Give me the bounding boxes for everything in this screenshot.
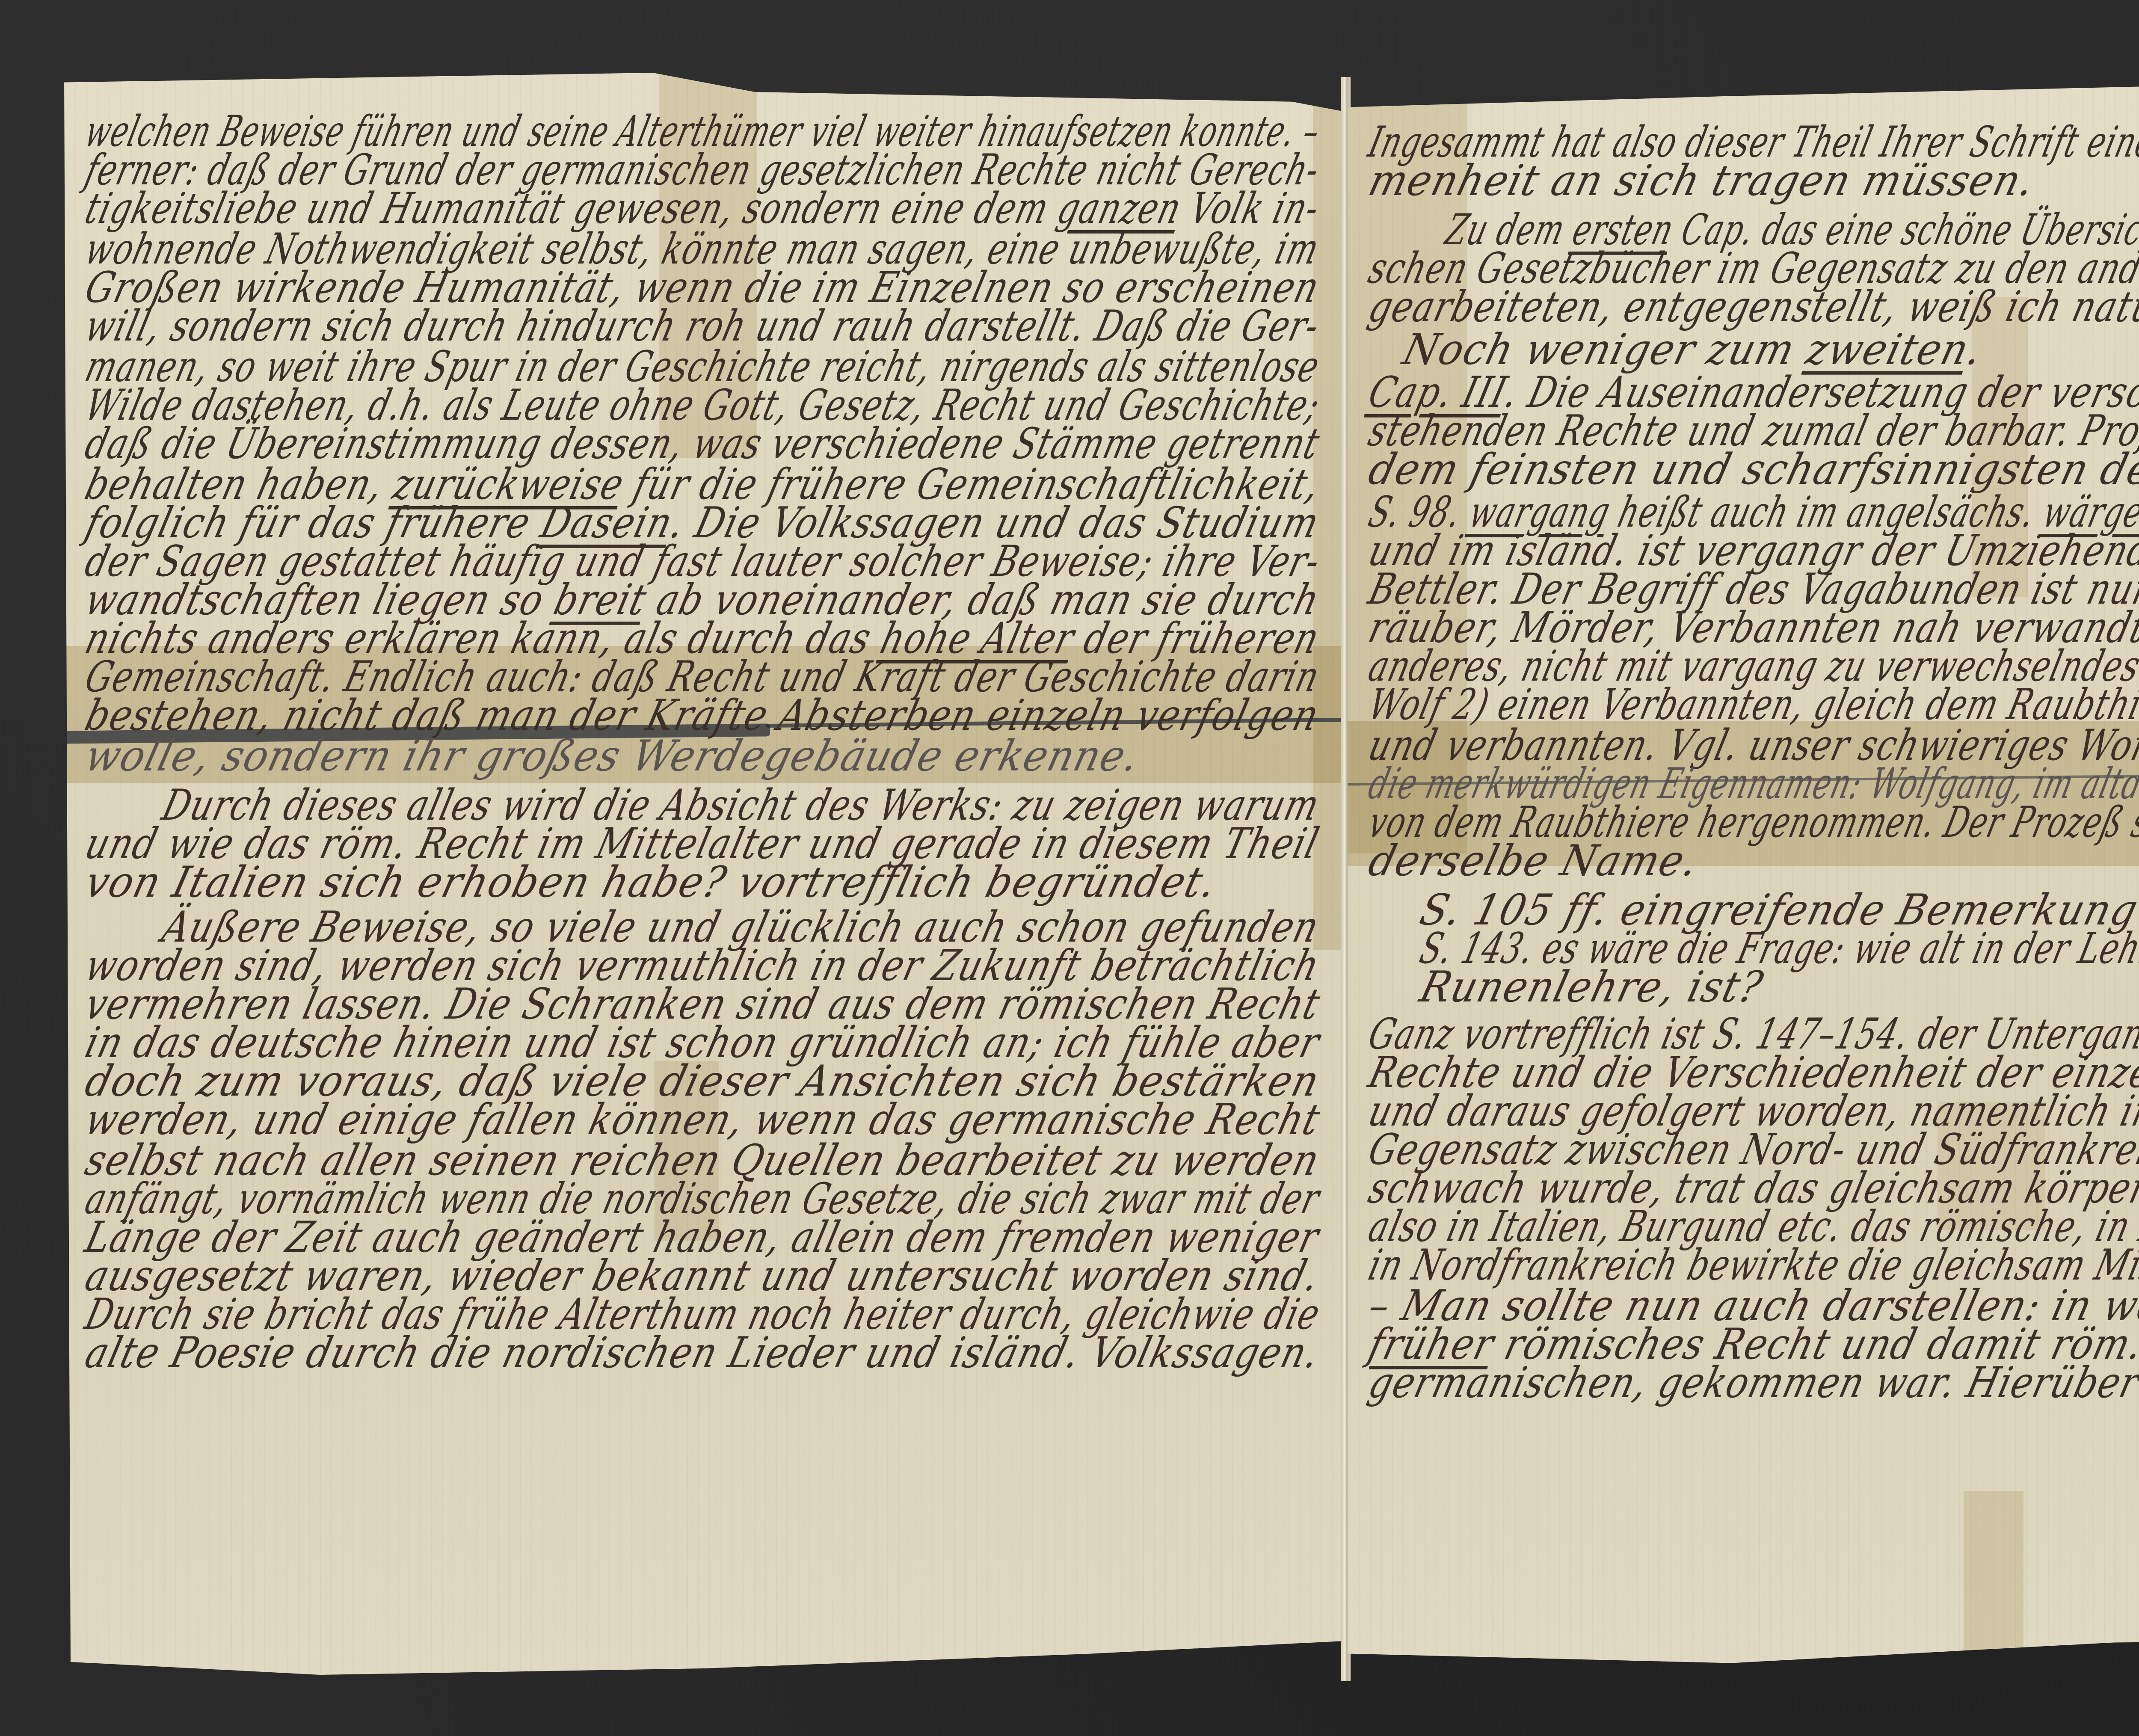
manuscript-line: gearbeiteten, entgegenstellt, weiß ich n… <box>1365 286 2139 328</box>
right-page: Ingesammt hat also dieser Theil Ihrer Sc… <box>1348 83 2139 1666</box>
manuscript-line: germanischen, gekommen war. Hierüber wir… <box>1365 1362 2139 1404</box>
manuscript-line: will, sondern sich durch hindurch roh un… <box>81 305 1324 347</box>
manuscript-line: Noch weniger zum zweiten. <box>1399 329 1987 371</box>
manuscript-line: wolle, sondern ihr großes Werdegebäude e… <box>81 735 1144 777</box>
manuscript-line: menheit an sich tragen müssen. <box>1365 160 2039 202</box>
repair-tape <box>1964 1491 2023 1666</box>
manuscript-line: Wolf 2) einen Verbannten, gleich dem Rau… <box>1365 684 2139 726</box>
manuscript-line: tigkeitsliebe und Humanität gewesen, son… <box>81 187 1324 230</box>
manuscript-line: daß die Übereinstimmung dessen, was vers… <box>81 423 1324 465</box>
manuscript-line: in Nordfrankreich bewirkte die gleichsam… <box>1365 1244 2139 1286</box>
manuscript-line: dem feinsten und scharfsinnigsten des ga… <box>1365 448 2139 491</box>
manuscript-line: derselbe Name. <box>1365 840 1703 882</box>
left-page: welchen Beweise führen und seine Alterth… <box>64 73 1343 1681</box>
manuscript-line: bestehen, nicht daß man der Kräfte Abste… <box>81 694 1324 737</box>
manuscript-line: von Italien sich erhoben habe? vortreffl… <box>81 861 1221 904</box>
manuscript-line: Runenlehre, ist? <box>1416 966 1767 1008</box>
manuscript-line: alte Poesie durch die nordischen Lieder … <box>81 1332 1324 1374</box>
manuscript-line: werden, und einige fallen können, wenn d… <box>81 1099 1324 1141</box>
